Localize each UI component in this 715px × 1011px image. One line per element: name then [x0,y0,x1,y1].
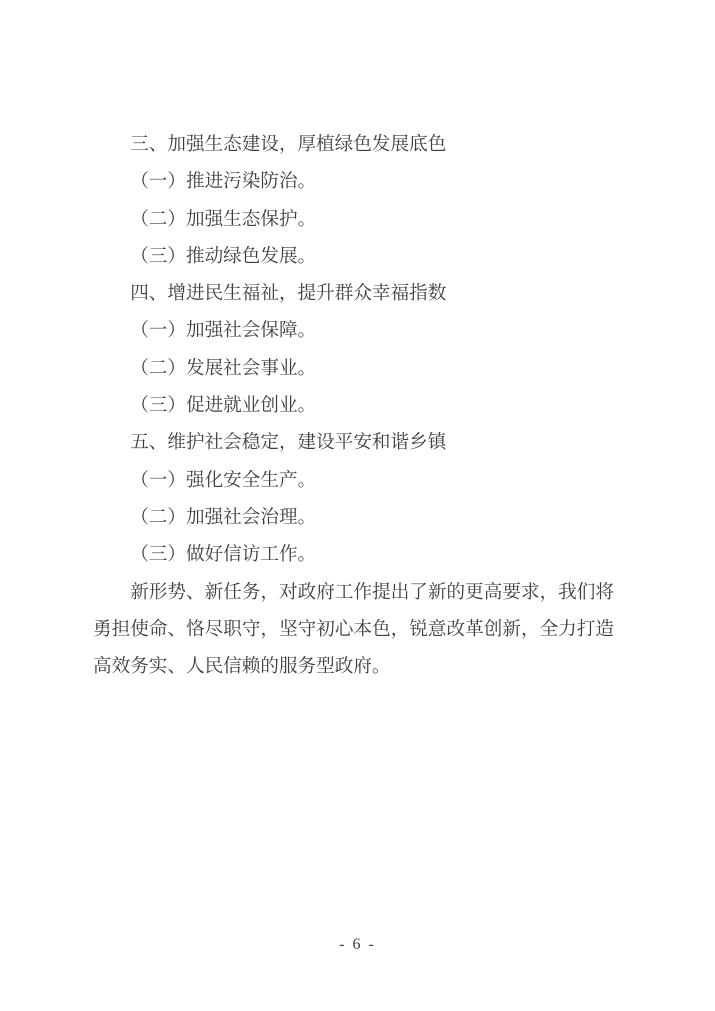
document-body: 三、加强生态建设，厚植绿色发展底色 （一）推进污染防治。 （二）加强生态保护。 … [93,126,614,685]
document-page: 三、加强生态建设，厚植绿色发展底色 （一）推进污染防治。 （二）加强生态保护。 … [0,0,715,1011]
section-4-heading: 四、增进民生福祉，提升群众幸福指数 [93,275,614,312]
page-number: - 6 - [0,936,715,954]
section-5-item-3: （三）做好信访工作。 [93,536,614,573]
section-4-item-2: （二）发展社会事业。 [93,350,614,387]
section-4-item-1: （一）加强社会保障。 [93,312,614,349]
section-5-item-2: （二）加强社会治理。 [93,499,614,536]
section-3-item-1: （一）推进污染防治。 [93,163,614,200]
closing-paragraph: 新形势、新任务，对政府工作提出了新的更高要求，我们将勇担使命、恪尽职守，坚守初心… [93,574,614,686]
section-3-item-2: （二）加强生态保护。 [93,201,614,238]
section-3-heading: 三、加强生态建设，厚植绿色发展底色 [93,126,614,163]
section-4-item-3: （三）促进就业创业。 [93,387,614,424]
section-5-heading: 五、维护社会稳定，建设平安和谐乡镇 [93,424,614,461]
section-5-item-1: （一）强化安全生产。 [93,462,614,499]
section-3-item-3: （三）推动绿色发展。 [93,238,614,275]
